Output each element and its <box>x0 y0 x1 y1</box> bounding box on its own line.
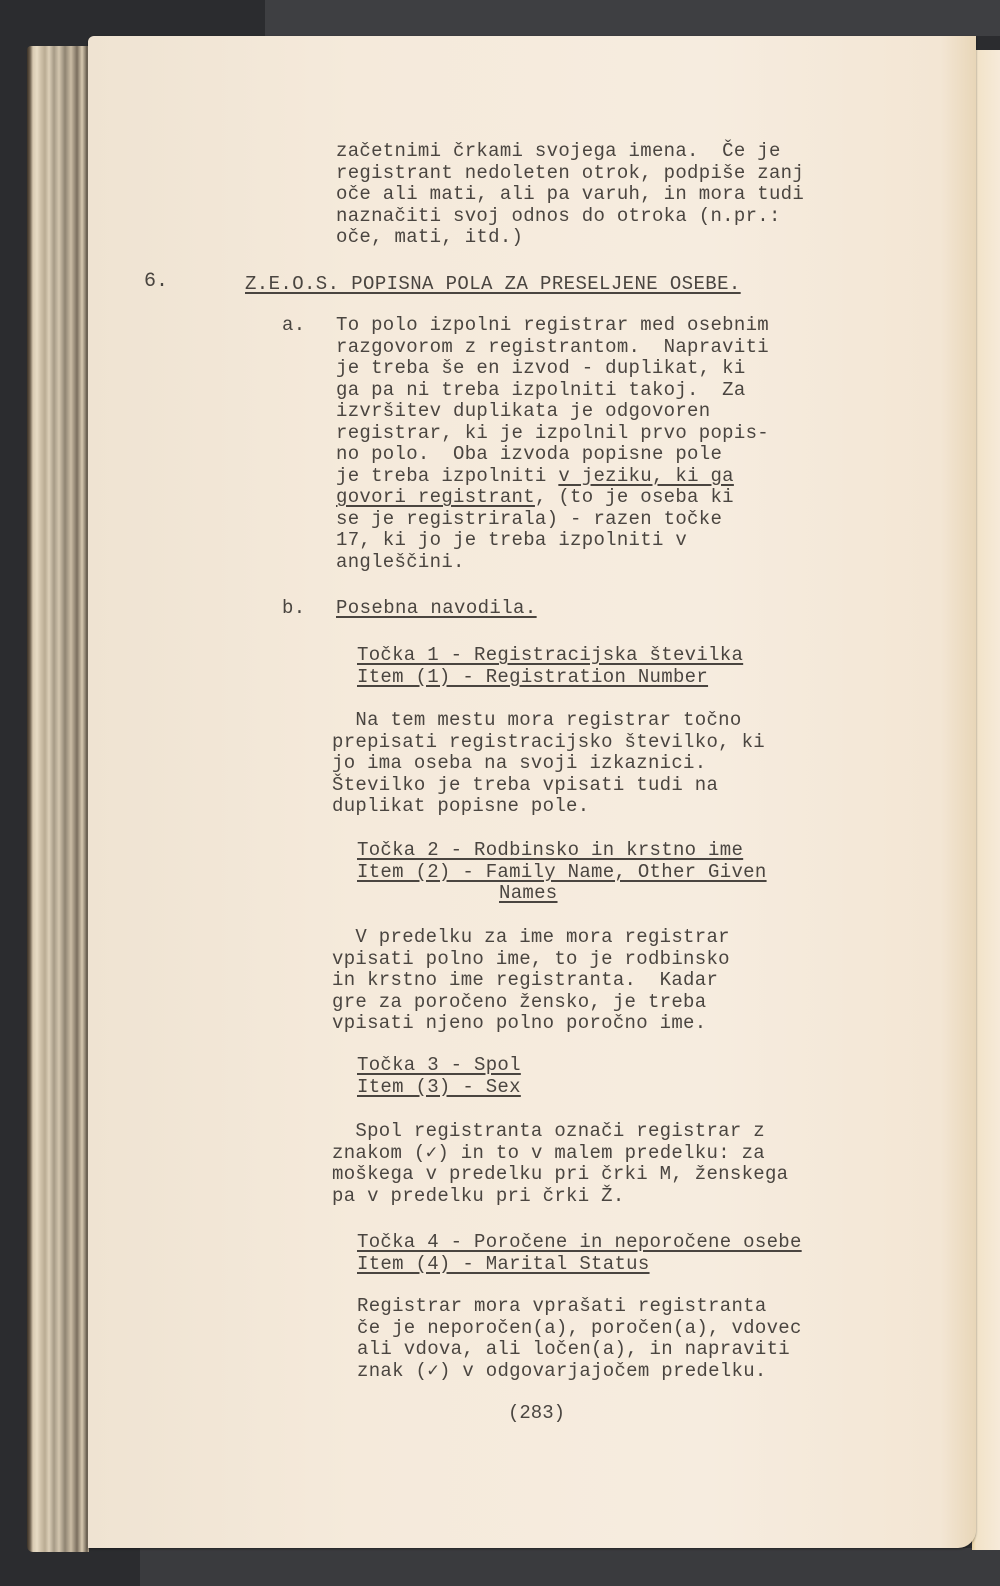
plain-text: , (to je oseba ki <box>535 486 734 508</box>
text-line: duplikat popisne pole. <box>332 796 765 818</box>
intro-paragraph: začetnimi črkami svojega imena. Če je re… <box>336 141 804 249</box>
heading-slovene: Točka 1 - Registracijska številka <box>357 645 743 667</box>
item-2-body: V predelku za ime mora registrar vpisati… <box>332 927 730 1035</box>
section-title: Z.E.O.S. POPISNA POLA ZA PRESELJENE OSEB… <box>245 274 741 296</box>
text-line: ga pa ni treba izpolniti takoj. Za <box>336 380 769 402</box>
heading-english: Item (4) - Marital Status <box>357 1254 802 1276</box>
text-line: To polo izpolni registrar med osebnim <box>336 315 769 337</box>
item-1-body: Na tem mestu mora registrar točno prepis… <box>332 710 765 818</box>
text-line: registrar, ki je izpolnil prvo popis- <box>336 423 769 445</box>
text-line: govori registrant, (to je oseba ki <box>336 487 769 509</box>
subsection-b-title: Posebna navodila. <box>336 598 537 620</box>
subsection-a-paragraph: To polo izpolni registrar med osebnim ra… <box>336 315 769 573</box>
text-line: no polo. Oba izvoda popisne pole <box>336 444 769 466</box>
background-dark <box>265 0 1000 36</box>
facing-page-edge <box>972 50 1000 1550</box>
item-2-heading: Točka 2 - Rodbinsko in krstno ime Item (… <box>357 840 767 905</box>
heading-english: Item (1) - Registration Number <box>357 667 743 689</box>
text-line: je treba še en izvod - duplikat, ki <box>336 358 769 380</box>
heading-slovene: Točka 4 - Poročene in neporočene osebe <box>357 1232 802 1254</box>
item-3-body: Spol registranta označi registrar z znak… <box>332 1121 788 1207</box>
text-line: prepisati registracijsko številko, ki <box>332 732 765 754</box>
text-line: vpisati polno ime, to je rodbinsko <box>332 949 730 971</box>
text-line: se je registrirala) - razen točke <box>336 509 769 531</box>
text-line: Na tem mestu mora registrar točno <box>332 710 765 732</box>
text-line: vpisati njeno polno poročno ime. <box>332 1013 730 1035</box>
text-line: Številko je treba vpisati tudi na <box>332 775 765 797</box>
book-page-edges <box>27 46 89 1552</box>
item-4-body: Registrar mora vprašati registranta če j… <box>357 1296 802 1382</box>
text-line: znak (✓) v odgovarjajočem predelku. <box>357 1361 802 1383</box>
item-3-heading: Točka 3 - Spol Item (3) - Sex <box>357 1055 521 1098</box>
underlined-text: v jeziku, ki ga <box>558 465 734 487</box>
section-number: 6. <box>144 270 168 293</box>
text-line: začetnimi črkami svojega imena. Če je <box>336 141 804 163</box>
underlined-text: govori registrant <box>336 486 535 508</box>
heading-english: Item (3) - Sex <box>357 1077 521 1099</box>
text-line: razgovorom z registrantom. Napraviti <box>336 337 769 359</box>
text-line: gre za poročeno žensko, je treba <box>332 992 730 1014</box>
text-line: izvršitev duplikata je odgovoren <box>336 401 769 423</box>
heading-english-continued: Names <box>357 883 767 905</box>
heading-slovene: Točka 2 - Rodbinsko in krstno ime <box>357 840 767 862</box>
text-line: oče ali mati, ali pa varuh, in mora tudi <box>336 184 804 206</box>
heading-slovene: Točka 3 - Spol <box>357 1055 521 1077</box>
text-line: če je neporočen(a), poročen(a), vdovec <box>357 1318 802 1340</box>
text-line: angleščini. <box>336 552 769 574</box>
text-line: Registrar mora vprašati registranta <box>357 1296 802 1318</box>
text-line: 17, ki jo je treba izpolniti v <box>336 530 769 552</box>
text-line: moškega v predelku pri črki M, ženskega <box>332 1164 788 1186</box>
text-line: oče, mati, itd.) <box>336 227 804 249</box>
text-line: je treba izpolniti v jeziku, ki ga <box>336 466 769 488</box>
item-4-heading: Točka 4 - Poročene in neporočene osebe I… <box>357 1232 802 1275</box>
plain-text: je treba izpolniti <box>336 465 558 487</box>
text-line: znakom (✓) in to v malem predelku: za <box>332 1143 788 1165</box>
text-line: Spol registranta označi registrar z <box>332 1121 788 1143</box>
background-dark <box>140 1548 1000 1586</box>
text-line: naznačiti svoj odnos do otroka (n.pr.: <box>336 206 804 228</box>
text-line: in krstno ime registranta. Kadar <box>332 970 730 992</box>
text-line: ali vdova, ali ločen(a), in napraviti <box>357 1339 802 1361</box>
text-line: V predelku za ime mora registrar <box>332 927 730 949</box>
page-number: (283) <box>508 1402 565 1424</box>
item-1-heading: Točka 1 - Registracijska številka Item (… <box>357 645 743 688</box>
heading-english: Item (2) - Family Name, Other Given <box>357 862 767 884</box>
subsection-b-marker: b. <box>282 598 306 620</box>
text-line: registrant nedoleten otrok, podpiše zanj <box>336 163 804 185</box>
subsection-a-marker: a. <box>282 315 306 337</box>
text-line: jo ima oseba na svoji izkaznici. <box>332 753 765 775</box>
text-line: pa v predelku pri črki Ž. <box>332 1186 788 1208</box>
